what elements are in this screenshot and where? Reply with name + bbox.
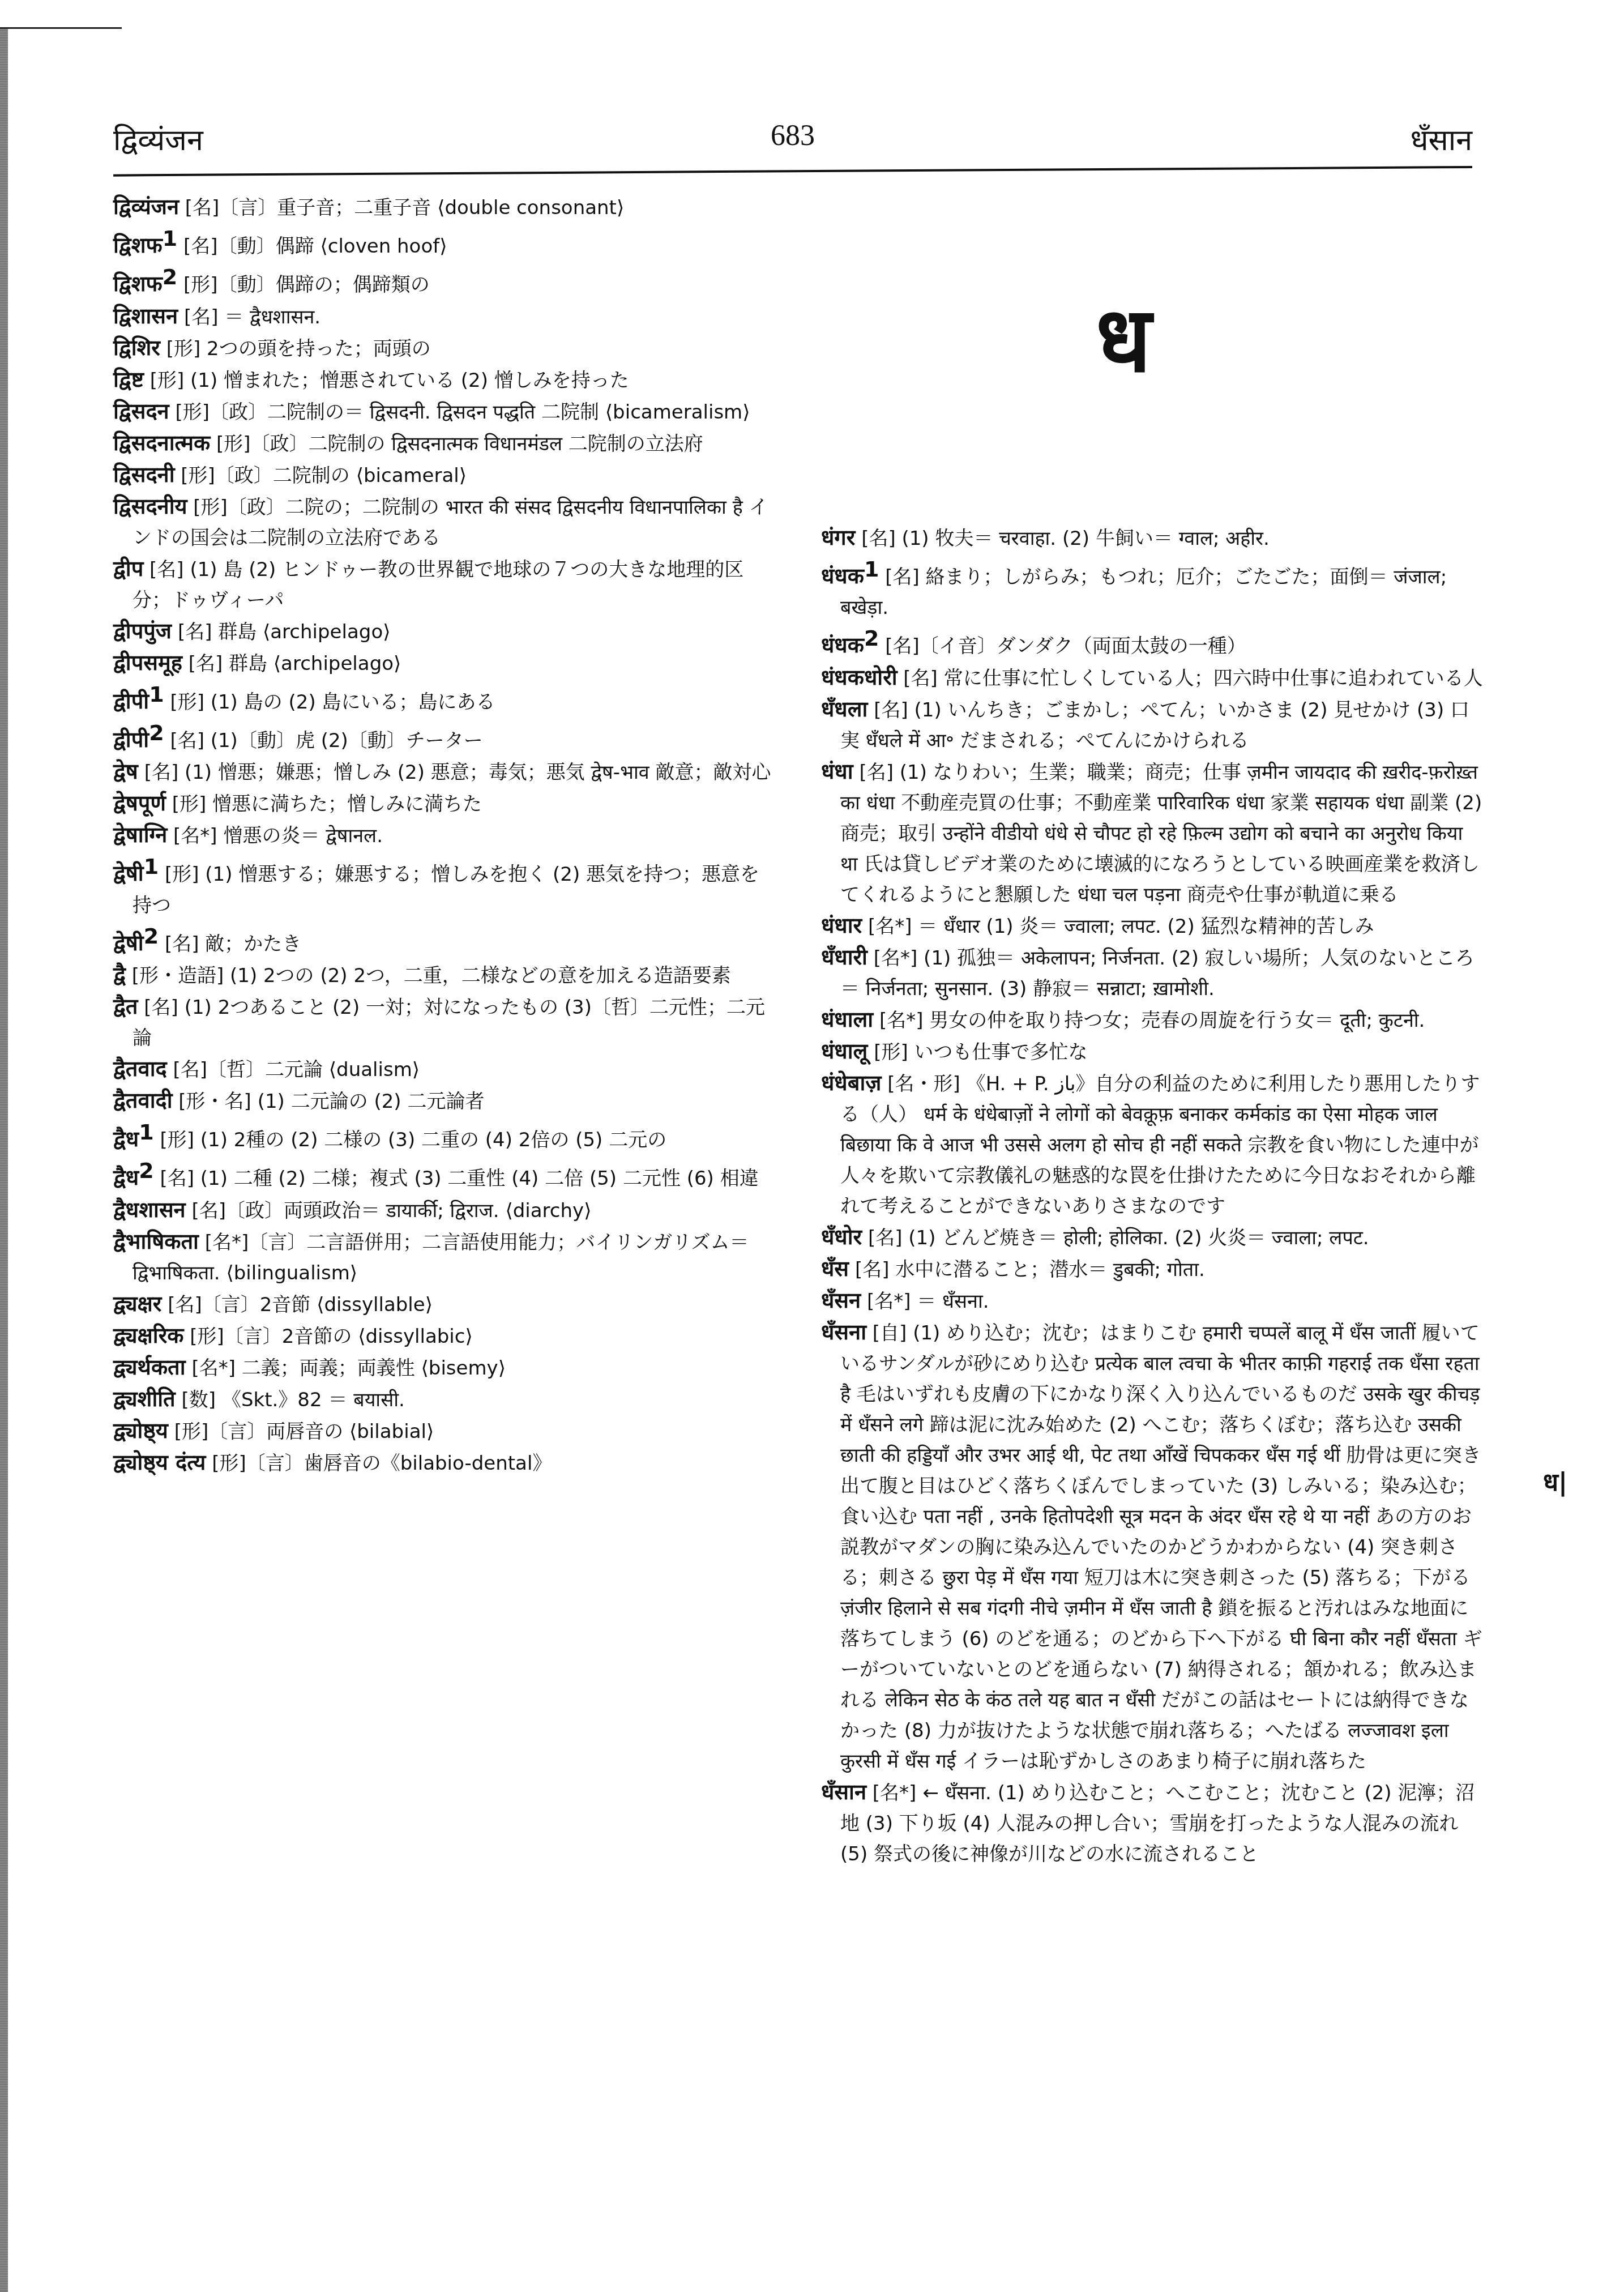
dictionary-entry: द्वेषपूर्ण [形] 憎悪に満ちた；憎しみに満ちた [113, 788, 776, 820]
entry-headword: द्वीपपुंज [113, 618, 172, 643]
entry-headword: द्व्यर्थकता [113, 1355, 186, 1380]
scan-top-edge [0, 27, 122, 29]
entry-definition: [形]〔言〕両唇音の ⟨bilabial⟩ [174, 1420, 434, 1443]
entry-headword: धंधार [821, 913, 862, 938]
dictionary-entry: धँधोर [名] (1) どんど焼き＝ होली; होलिका. (2) 火… [821, 1222, 1484, 1253]
entry-headword: द्वैतवादी [113, 1088, 173, 1113]
dictionary-entry: धंधकधोरी [名] 常に仕事に忙しくしている人；四六時中仕事に追われている… [821, 662, 1484, 694]
entry-definition: [名] (1) なりわい；生業；職業；商売；仕事 ज़मीन जायदाद की… [840, 761, 1482, 906]
entry-headword: द्वीपसमूह [113, 650, 182, 675]
homograph-number: 1 [144, 854, 159, 879]
entry-headword: द्विव्यंजन [113, 194, 179, 219]
homograph-number: 1 [864, 557, 879, 582]
entry-definition: [形・名] (1) 二元論の (2) 二元論者 [178, 1090, 484, 1113]
dictionary-entry: द्विशफ1 [名]〔動〕偶蹄 ⟨cloven hoof⟩ [113, 223, 776, 262]
entry-headword: धंधेबाज़ [821, 1070, 881, 1095]
left-column: द्विव्यंजन [名]〔言〕重子音；二重子音 ⟨double conson… [113, 191, 776, 1479]
dictionary-entry: धंधक1 [名] 絡まり；しがらみ；もつれ；厄介；ごたごた；面倒＝ जंजाल… [821, 554, 1484, 623]
dictionary-entry: द्वीप [名] (1) 島 (2) ヒンドゥー教の世界観で地球の７つの大きな… [113, 553, 776, 616]
entry-headword: धँसान [821, 1779, 866, 1804]
homograph-number: 2 [864, 626, 879, 651]
entry-definition: [名] (1) 2つあること (2) 一対；対になったもの (3)〔哲〕二元性；… [133, 996, 765, 1049]
homograph-number: 2 [163, 264, 177, 289]
entry-headword: धँधला [821, 697, 867, 722]
entry-definition: [名*] ← धँसना. (1) めり込むこと；へこむこと；沈むこと (2) … [840, 1782, 1475, 1866]
entry-headword: द्विसदन [113, 399, 169, 424]
entry-headword: धंधक [821, 564, 864, 588]
entry-headword: द्विशफ [113, 272, 163, 297]
entry-headword: धँधारी [821, 945, 867, 970]
section-letter: ध [1096, 294, 1151, 385]
entry-definition: [名] (1) いんちき；ごまかし；ぺてん；いかさま (2) 見せかけ (3) … [840, 699, 1469, 752]
dictionary-entry: द्विसदनीय [形]〔政〕二院の；二院制の भारत की संसद द्… [113, 491, 776, 553]
entry-definition: [名] 絡まり；しがらみ；もつれ；厄介；ごたごた；面倒＝ जंजाल; बखेड… [840, 566, 1447, 619]
entry-definition: [名] (1) 牧夫＝ चरवाहा. (2) 牛飼い＝ ग्वाल; अहीर… [861, 527, 1270, 550]
entry-definition: [名] 敵；かたき [165, 933, 301, 955]
entry-headword: द्वेषी [113, 931, 144, 955]
entry-definition: [形]〔動〕偶蹄の；偶蹄類の [183, 274, 430, 297]
entry-headword: धंधालू [821, 1039, 867, 1064]
entry-definition: [名*] 男女の仲を取り持つ女；売春の周旋を行う女＝ दूती; कुटनी. [879, 1009, 1425, 1032]
homograph-number: 2 [144, 924, 159, 949]
entry-definition: [自] (1) めり込む；沈む；はまりこむ हमारी चप्पलें बालू… [840, 1322, 1482, 1773]
entry-definition: [形] (1) 憎悪する；嫌悪する；憎しみを抱く (2) 悪気を持つ；悪意を持つ [133, 864, 759, 917]
dictionary-entry: द्वैत [名] (1) 2つあること (2) 一対；対になったもの (3)〔… [113, 991, 776, 1053]
entry-definition: [名*] ＝ धँधार (1) 炎＝ ज्वाला; लपट. (2) 猛烈な… [868, 915, 1374, 938]
homograph-number: 1 [139, 1120, 153, 1145]
dictionary-entry: धंधाला [名*] 男女の仲を取り持つ女；売春の周旋を行う女＝ दूती; … [821, 1004, 1484, 1036]
dictionary-entry: द्विसदन [形]〔政〕二院制の＝ द्विसदनी. द्विसदन पद… [113, 396, 776, 428]
entry-definition: [名]〔政〕両頭政治＝ डायार्की; द्विराज. ⟨diarchy⟩ [192, 1200, 592, 1222]
dictionary-entry: द्व्यर्थकता [名*] 二義；両義；両義性 ⟨bisemy⟩ [113, 1352, 776, 1384]
dictionary-entry: धँसना [自] (1) めり込む；沈む；はまりこむ हमारी चप्पले… [821, 1317, 1484, 1777]
entry-definition: [名*] 憎悪の炎＝ द्वेषानल. [173, 825, 383, 847]
entry-headword: द्वीप [113, 556, 143, 581]
book-binding-edge [0, 28, 8, 2292]
entry-headword: द्विसदनात्मक [113, 430, 210, 455]
entry-headword: धँधोर [821, 1224, 862, 1249]
entry-definition: [形]〔政〕二院制の＝ द्विसदनी. द्विसदन पद्धति 二院制… [175, 401, 750, 424]
entry-definition: [名] (1) どんど焼き＝ होली; होलिका. (2) 火炎＝ ज्व… [868, 1227, 1369, 1249]
entry-definition: [名] (1) 島 (2) ヒンドゥー教の世界観で地球の７つの大きな地理的区分；… [133, 558, 743, 612]
header-rule [113, 166, 1472, 177]
dictionary-entry: द्वैध2 [名] (1) 二種 (2) 二様；複式 (3) 二重性 (4) … [113, 1155, 776, 1194]
entry-headword: द्विशासन [113, 304, 178, 328]
dictionary-entry: द्वैतवाद [名]〔哲〕二元論 ⟨dualism⟩ [113, 1053, 776, 1085]
entry-headword: द्वेषपूर्ण [113, 791, 166, 816]
dictionary-entry: द्वै [形・造語] (1) 2つの (2) 2つ，二重，二様などの意を加える… [113, 959, 776, 991]
entry-definition: [名*]〔言〕二言語併用；二言語使用能力；バイリンガリズム＝ द्विभाषिक… [133, 1231, 749, 1284]
dictionary-entry: धँसन [名*] ＝ धँसना. [821, 1285, 1484, 1317]
entry-definition: [名]〔イ音〕ダンダク（両面太鼓の一種） [885, 635, 1246, 658]
entry-headword: द्वेषाग्नि [113, 822, 167, 847]
entry-definition: [形] 2つの頭を持った；両頭の [166, 338, 431, 360]
dictionary-entry: द्विशासन [名] ＝ द्वैधशासन. [113, 301, 776, 332]
dictionary-entry: धंगर [名] (1) 牧夫＝ चरवाहा. (2) 牛飼い＝ ग्वाल;… [821, 522, 1484, 554]
entry-headword: धंधक [821, 633, 864, 658]
dictionary-entry: धँधारी [名*] (1) 孤独＝ अकेलापन; निर्जनता. (… [821, 942, 1484, 1004]
entry-headword: द्विशफ [113, 233, 163, 258]
entry-headword: द्वैभाषिकता [113, 1229, 199, 1254]
entry-definition: [名] ＝ द्वैधशासन. [184, 306, 320, 328]
entry-headword: द्व्यक्षर [113, 1291, 161, 1316]
dictionary-entry: द्वेष [名] (1) 憎悪；嫌悪；憎しみ (2) 悪意；毒気；悪気 द्व… [113, 756, 776, 788]
entry-definition: [形]〔政〕二院制の द्विसदनात्मक विधानमंडल 二院制の立法… [216, 433, 703, 455]
entry-definition: [名*] (1) 孤独＝ अकेलापन; निर्जनता. (2) 寂しい場… [840, 947, 1475, 1000]
entry-definition: [名] 水中に潜ること；潜水＝ डुबकी; गोता. [855, 1258, 1205, 1281]
entry-headword: धँसन [821, 1288, 861, 1313]
dictionary-entry: द्विशफ2 [形]〔動〕偶蹄の；偶蹄類の [113, 262, 776, 300]
dictionary-entry: द्व्योष्ठ्य [形]〔言〕両唇音の ⟨bilabial⟩ [113, 1415, 776, 1447]
entry-headword: द्व्योष्ठ्य [113, 1418, 168, 1443]
entry-headword: द्व्यशीति [113, 1386, 176, 1411]
entry-definition: [数] 《Skt.》82 ＝ बयासी. [182, 1389, 405, 1411]
entry-definition: [名*] 二義；両義；両義性 ⟨bisemy⟩ [191, 1357, 506, 1380]
dictionary-entry: धंधा [名] (1) なりわい；生業；職業；商売；仕事 ज़मीन जायद… [821, 756, 1484, 910]
entry-definition: [名] 群島 ⟨archipelago⟩ [178, 621, 391, 643]
dictionary-entry: द्वीपसमूह [名] 群島 ⟨archipelago⟩ [113, 647, 776, 679]
homograph-number: 1 [163, 226, 177, 251]
entry-headword: द्विसदनीय [113, 494, 187, 519]
dictionary-entry: द्विसदनी [形]〔政〕二院制の ⟨bicameral⟩ [113, 459, 776, 491]
dictionary-entry: द्विशिर [形] 2つの頭を持った；両頭の [113, 332, 776, 364]
thumb-index-tab: ध| [1543, 1464, 1567, 1498]
dictionary-entry: द्व्योष्ठ्य दंत्य [形]〔言〕歯唇音の《bilabio-den… [113, 1447, 776, 1479]
page-header: द्विव्यंजन 683 धँसान [113, 113, 1472, 164]
entry-headword: द्वेषी [113, 861, 144, 886]
entry-headword: धँसना [821, 1320, 866, 1345]
entry-definition: [名]〔動〕偶蹄 ⟨cloven hoof⟩ [183, 235, 447, 258]
entry-definition: [形] (1) 2種の (2) 二様の (3) 二重の (4) 2倍の (5) … [160, 1129, 667, 1151]
entry-definition: [名*] ＝ धँसना. [867, 1290, 989, 1313]
page-number: 683 [113, 119, 1472, 152]
dictionary-entry: द्व्यशीति [数] 《Skt.》82 ＝ बयासी. [113, 1384, 776, 1415]
entry-definition: [形]〔政〕二院制の ⟨bicameral⟩ [181, 464, 467, 487]
entry-headword: द्वै [113, 962, 126, 987]
entry-definition: [形]〔言〕歯唇音の《bilabio-dental》 [212, 1452, 552, 1475]
dictionary-entry: द्विसदनात्मक [形]〔政〕二院制の द्विसदनात्मक विध… [113, 428, 776, 459]
entry-definition: [名] (1)〔動〕虎 (2)〔動〕チーター [170, 729, 482, 752]
homograph-number: 1 [149, 682, 164, 707]
entry-headword: द्वीपी [113, 727, 149, 752]
homograph-number: 2 [139, 1158, 153, 1183]
entry-definition: [名]〔言〕重子音；二重子音 ⟨double consonant⟩ [185, 197, 624, 219]
entry-definition: [形] 憎悪に満ちた；憎しみに満ちた [172, 793, 482, 816]
entry-definition: [形]〔言〕2音節の ⟨dissyllabic⟩ [190, 1325, 473, 1348]
entry-headword: द्वीपी [113, 689, 149, 714]
entry-headword: द्वैत [113, 994, 138, 1019]
entry-definition: [名] (1) 二種 (2) 二様；複式 (3) 二重性 (4) 二倍 (5) … [160, 1168, 759, 1190]
entry-headword: द्व्यक्षरिक [113, 1323, 183, 1348]
dictionary-entry: द्वेषाग्नि [名*] 憎悪の炎＝ द्वेषानल. [113, 820, 776, 851]
dictionary-entry: धंधालू [形] いつも仕事で多忙な [821, 1036, 1484, 1068]
dictionary-entry: द्वेषी1 [形] (1) 憎悪する；嫌悪する；憎しみを抱く (2) 悪気を… [113, 851, 776, 920]
dictionary-entry: धँधला [名] (1) いんちき；ごまかし；ぺてん；いかさま (2) 見せか… [821, 694, 1484, 756]
entry-definition: [形] いつも仕事で多忙な [874, 1041, 1087, 1064]
entry-definition: [名] 群島 ⟨archipelago⟩ [189, 652, 401, 675]
entry-definition: [名]〔哲〕二元論 ⟨dualism⟩ [173, 1058, 420, 1081]
dictionary-entry: धँस [名] 水中に潜ること；潜水＝ डुबकी; गोता. [821, 1253, 1484, 1285]
entry-headword: धंगर [821, 525, 855, 550]
entry-headword: द्वैध [113, 1166, 139, 1190]
entry-definition: [形] (1) 憎まれた；憎悪されている (2) 憎しみを持った [150, 369, 629, 392]
dictionary-entry: धँसान [名*] ← धँसना. (1) めり込むこと；へこむこと；沈むこ… [821, 1777, 1484, 1870]
running-head-right: धँसान [1411, 119, 1472, 159]
entry-headword: द्वैतवाद [113, 1056, 167, 1081]
entry-definition: [名]〔言〕2音節 ⟨dissyllable⟩ [168, 1294, 433, 1316]
entry-headword: द्वैधशासन [113, 1197, 186, 1222]
dictionary-entry: द्वीपी2 [名] (1)〔動〕虎 (2)〔動〕チーター [113, 718, 776, 756]
entry-headword: द्विशिर [113, 335, 160, 360]
entry-definition: [名] 常に仕事に忙しくしている人；四六時中仕事に追われている人 [903, 667, 1482, 690]
dictionary-entry: द्विष्ट [形] (1) 憎まれた；憎悪されている (2) 憎しみを持った [113, 364, 776, 396]
dictionary-entry: द्वैधशासन [名]〔政〕両頭政治＝ डायार्की; द्विराज.… [113, 1194, 776, 1226]
entry-headword: द्व्योष्ठ्य दंत्य [113, 1450, 206, 1475]
entry-headword: धँस [821, 1256, 849, 1281]
entry-definition: [形] (1) 島の (2) 島にいる；島にある [170, 691, 495, 714]
dictionary-entry: धंधक2 [名]〔イ音〕ダンダク（両面太鼓の一種） [821, 623, 1484, 661]
dictionary-entry: द्वैतवादी [形・名] (1) 二元論の (2) 二元論者 [113, 1085, 776, 1117]
entry-headword: द्विसदनी [113, 462, 175, 487]
entry-definition: [形・造語] (1) 2つの (2) 2つ，二重，二様などの意を加える造語要素 [132, 964, 731, 987]
entry-headword: द्वेष [113, 759, 138, 784]
dictionary-entry: द्वीपपुंज [名] 群島 ⟨archipelago⟩ [113, 616, 776, 647]
dictionary-entry: द्वेषी2 [名] 敵；かたき [113, 921, 776, 959]
entry-headword: धंधकधोरी [821, 665, 898, 690]
entry-headword: धंधा [821, 759, 853, 784]
entry-headword: द्विष्ट [113, 367, 144, 392]
entry-headword: धंधाला [821, 1007, 873, 1032]
dictionary-entry: धंधार [名*] ＝ धँधार (1) 炎＝ ज्वाला; लपट. (… [821, 910, 1484, 942]
entry-definition: [名・形] 《H. + P. باز》自分の利益のために利用したり悪用したりする… [840, 1073, 1480, 1218]
dictionary-entry: द्वैध1 [形] (1) 2種の (2) 二様の (3) 二重の (4) 2… [113, 1117, 776, 1155]
dictionary-entry: धंधेबाज़ [名・形] 《H. + P. باز》自分の利益のために利用し… [821, 1068, 1484, 1222]
entry-headword: द्वैध [113, 1126, 139, 1151]
dictionary-entry: द्विव्यंजन [名]〔言〕重子音；二重子音 ⟨double conson… [113, 191, 776, 223]
homograph-number: 2 [149, 720, 164, 745]
right-column: धंगर [名] (1) 牧夫＝ चरवाहा. (2) 牛飼い＝ ग्वाल;… [821, 522, 1484, 1870]
entry-definition: [形]〔政〕二院の；二院制の भारत की संसद द्विसदनीय वि… [133, 496, 768, 549]
dictionary-entry: द्वीपी1 [形] (1) 島の (2) 島にいる；島にある [113, 679, 776, 718]
dictionary-entry: द्वैभाषिकता [名*]〔言〕二言語併用；二言語使用能力；バイリンガリズ… [113, 1226, 776, 1288]
entry-definition: [名] (1) 憎悪；嫌悪；憎しみ (2) 悪意；毒気；悪気 द्वेष-भाव… [144, 761, 771, 784]
dictionary-entry: द्व्यक्षर [名]〔言〕2音節 ⟨dissyllable⟩ [113, 1288, 776, 1320]
dictionary-entry: द्व्यक्षरिक [形]〔言〕2音節の ⟨dissyllabic⟩ [113, 1320, 776, 1352]
